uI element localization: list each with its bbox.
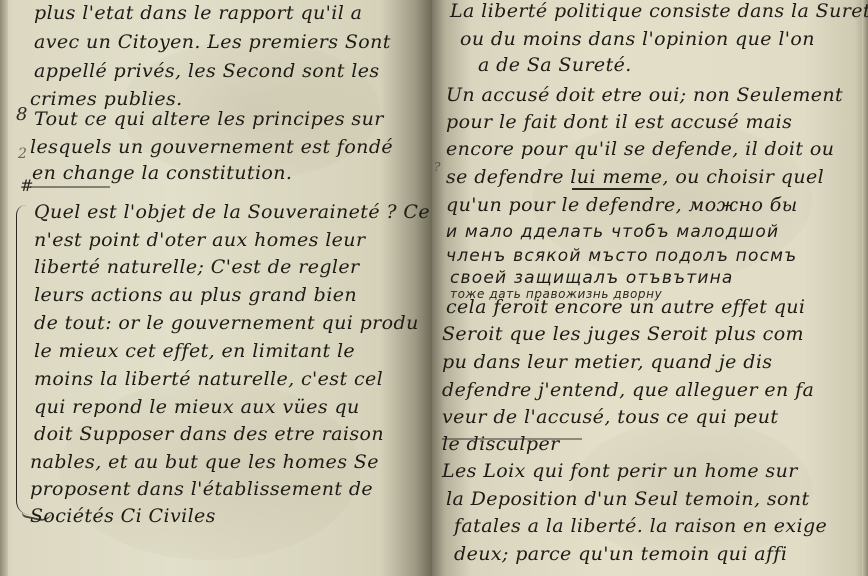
text-line: Quel est l'objet de la Souveraineté ? Ce [34, 201, 430, 223]
cyrillic-line: членъ всякой мъсто подолъ посмъ [446, 246, 797, 266]
text-underline [30, 186, 110, 188]
page-edge [862, 0, 868, 576]
margin-bracket [16, 205, 31, 515]
text-line: le mieux cet effet, en limitant le [34, 340, 355, 362]
text-line: moins la liberté naturelle, c'est cel [34, 368, 383, 390]
text-line: crimes publies. [30, 88, 183, 110]
page-edge [0, 0, 8, 576]
text-line: le disculper [442, 433, 560, 455]
text-line: qui repond le mieux aux vües qu [34, 396, 360, 418]
text-line: lesquels un gouvernement est fondé [30, 136, 393, 158]
manuscript-spread: plus l'etat dans le rapport qu'il a avec… [0, 0, 868, 576]
text-line: Un accusé doit etre oui; non Seulement [446, 84, 843, 106]
text-line: qu'un pour le defendre, можно бы [446, 194, 798, 216]
text-line: nables, et au but que les homes Se [30, 451, 379, 473]
text-line: deux; parce qu'un temoin qui affi [454, 543, 787, 565]
text-line: plus l'etat dans le rapport qu'il a [34, 2, 362, 24]
cyrillic-line: и мало дделать чтобъ малодшой [446, 222, 779, 242]
text-line: la Deposition d'un Seul temoin, sont [446, 488, 809, 510]
text-line: pour le fait dont il est accusé mais [446, 111, 792, 133]
text-line: La liberté politique consiste dans la Su… [450, 0, 868, 22]
text-line: liberté naturelle; C'est de regler [34, 256, 360, 278]
margin-numeral: 2 [18, 146, 27, 162]
cyrillic-line: своей защищалъ отъвътина [450, 268, 734, 288]
text-line: a de Sa Sureté. [478, 54, 632, 76]
text-line: leurs actions au plus grand bien [34, 284, 357, 306]
margin-mark: ? [434, 160, 440, 174]
text-line: doit Supposer dans des etre raison [34, 423, 384, 445]
text-underline [572, 188, 652, 190]
text-line: Tout ce qui altere les principes sur [34, 108, 384, 130]
text-line: Les Loix qui font perir un home sur [442, 460, 798, 482]
text-line: en change la constitution. [32, 162, 292, 184]
right-page: La liberté politique consiste dans la Su… [432, 0, 868, 576]
text-line: appellé privés, les Second sont les [34, 60, 380, 82]
paragraph-mark: 8 [16, 104, 27, 125]
text-line: Sociétés Ci Civiles [30, 505, 216, 527]
text-line: de tout: or le gouvernement qui produ [34, 312, 419, 334]
text-line: fatales a la liberté. la raison en exige [454, 515, 827, 537]
text-line: proposent dans l'établissement de [30, 478, 373, 500]
text-line: ou du moins dans l'opinion que l'on [460, 28, 815, 50]
text-line: defendre j'entend, que alleguer en fa [442, 379, 814, 401]
text-line: pu dans leur metier, quand je dis [442, 351, 772, 373]
text-overline [442, 438, 582, 440]
left-page: plus l'etat dans le rapport qu'il a avec… [0, 0, 432, 576]
text-line: encore pour qu'il se defende, il doit ou [446, 138, 834, 160]
hash-mark: # [20, 176, 33, 195]
text-line: Seroit que les juges Seroit plus com [442, 323, 804, 345]
text-line: veur de l'accusé, tous ce qui peut [442, 406, 778, 428]
text-line: avec un Citoyen. Les premiers Sont [34, 31, 391, 53]
text-line: n'est point d'oter aux homes leur [34, 229, 365, 251]
text-line: se defendre lui meme, ou choisir quel [446, 166, 824, 188]
text-line: cela feroit encore un autre effet qui [446, 296, 805, 318]
